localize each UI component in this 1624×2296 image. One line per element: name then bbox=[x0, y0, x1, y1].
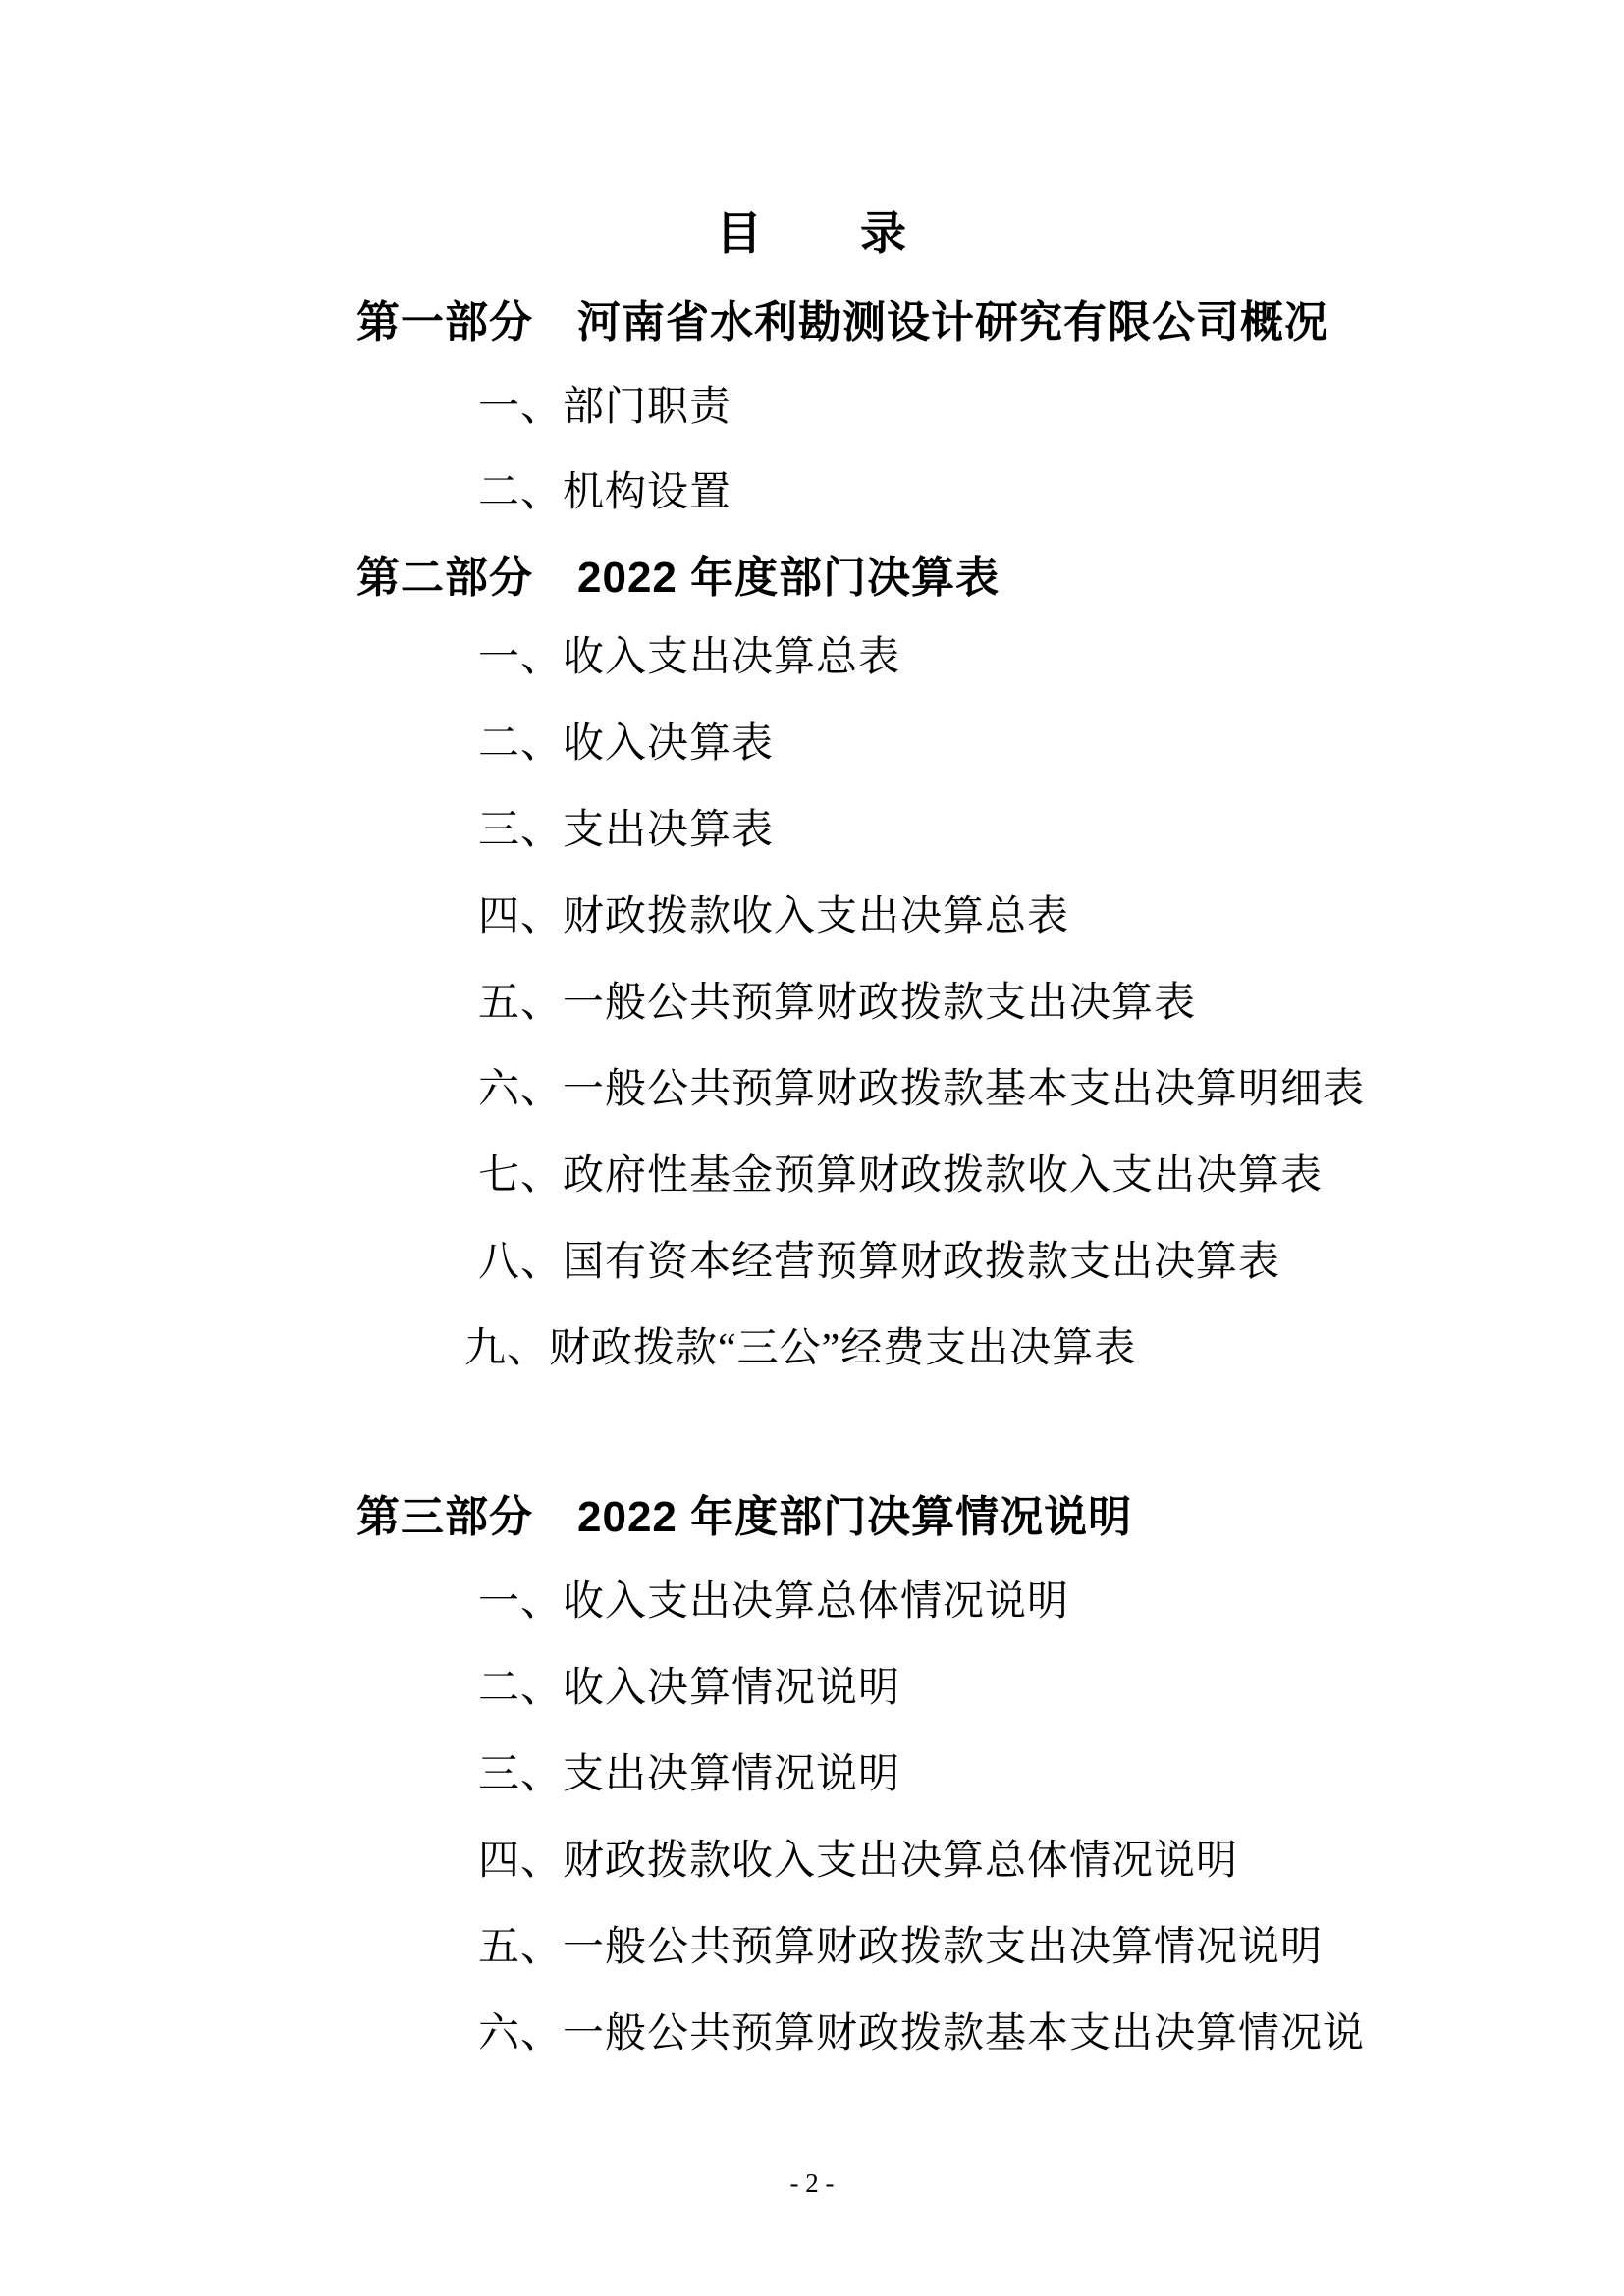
toc-entry: 七、政府性基金预算财政拨款收入支出决算表 bbox=[478, 1152, 1323, 1200]
toc-entry: 一、收入支出决算总体情况说明 bbox=[478, 1578, 1069, 1626]
toc-entry: 九、财政拨款“三公”经费支出决算表 bbox=[464, 1325, 1136, 1372]
toc-entry: 三、支出决算情况说明 bbox=[478, 1751, 900, 1798]
toc-entry: 二、收入决算情况说明 bbox=[478, 1665, 900, 1712]
section-2-heading: 第二部分 2022 年度部门决算表 bbox=[356, 554, 1000, 604]
toc-entry: 六、一般公共预算财政拨款基本支出决算情况说 bbox=[478, 2010, 1365, 2057]
toc-entry: 二、收入决算表 bbox=[478, 721, 774, 768]
document-page: 目 录 第一部分 河南省水利勘测设计研究有限公司概况 一、部门职责 二、机构设置… bbox=[0, 0, 1624, 2296]
toc-entry: 四、财政拨款收入支出决算总表 bbox=[478, 893, 1069, 940]
toc-entry: 五、一般公共预算财政拨款支出决算情况说明 bbox=[478, 1924, 1323, 1971]
toc-entry: 三、支出决算表 bbox=[478, 807, 774, 854]
toc-entry: 六、一般公共预算财政拨款基本支出决算明细表 bbox=[478, 1066, 1365, 1113]
toc-entry: 一、收入支出决算总表 bbox=[478, 634, 900, 681]
section-1-heading: 第一部分 河南省水利勘测设计研究有限公司概况 bbox=[356, 298, 1328, 348]
section-3-heading: 第三部分 2022 年度部门决算情况说明 bbox=[356, 1493, 1132, 1543]
toc-entry: 四、财政拨款收入支出决算总体情况说明 bbox=[478, 1838, 1238, 1885]
toc-entry: 二、机构设置 bbox=[478, 469, 731, 516]
page-number: - 2 - bbox=[0, 2167, 1624, 2199]
toc-entry: 五、一般公共预算财政拨款支出决算表 bbox=[478, 980, 1196, 1027]
toc-entry: 八、国有资本经营预算财政拨款支出决算表 bbox=[478, 1239, 1280, 1286]
page-title: 目 录 bbox=[0, 208, 1624, 259]
toc-entry: 一、部门职责 bbox=[478, 384, 731, 431]
